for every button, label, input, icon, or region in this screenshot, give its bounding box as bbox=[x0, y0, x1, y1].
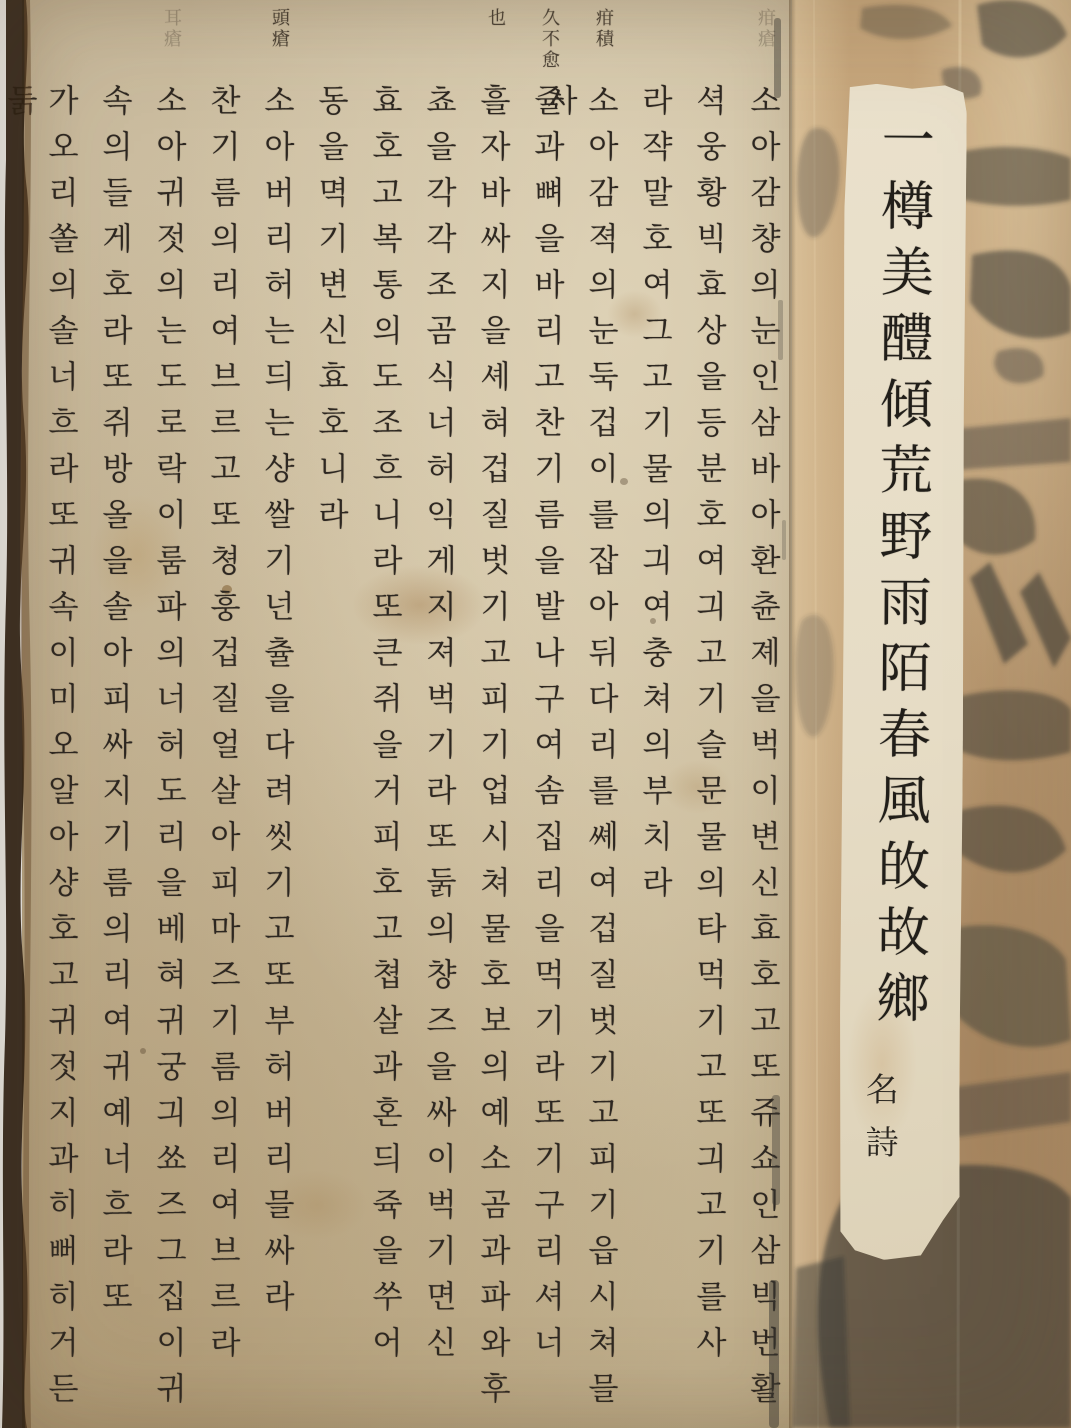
manuscript-column: 셕웅황빅효상을등분호여긔고기슬문물의타먹기고또긔고기를사 bbox=[687, 84, 728, 1424]
column-text: 속의들게호라또쥐방올을솔아피싸지기름의리여귀예너흐라또 bbox=[93, 84, 134, 1424]
hanja-annotation: 疳積 bbox=[592, 8, 614, 50]
column-text: 동을멱기변신효호니라 bbox=[309, 84, 350, 1424]
column-text: 셕웅황빅효상을등분호여긔고기슬문물의타먹기고또긔고기를사 bbox=[687, 84, 728, 1424]
label-strip: 一樽美醴傾荒野雨陌春風敀故鄉 名詩 bbox=[838, 84, 967, 1261]
hanja-annotation: 耳瘡 bbox=[160, 8, 182, 50]
manuscript-column: 쵸을각각조곰식너허익게지져벅기라또둙의챵즈을싸이벅기면신 bbox=[417, 84, 458, 1424]
column-text: 찬기름의리여브르고또쳥훙겁질얼살아피마즈기름의리여브르라 bbox=[201, 84, 242, 1424]
column-text: 소아귀젓의는도로락이룸파의너허도리을베혀귀궁긔쑈즈그집이귀 bbox=[147, 84, 188, 1424]
manuscript-column: 頭瘡소아버리허는듸는샹쌀기넌츌을다려씻기고또부허버리믈싸라 bbox=[255, 84, 296, 1424]
column-text: 소아버리허는듸는샹쌀기넌츌을다려씻기고또부허버리믈싸라 bbox=[255, 84, 296, 1424]
manuscript-column: 耳瘡소아귀젓의는도로락이룸파의너허도리을베혀귀궁긔쑈즈그집이귀 bbox=[147, 84, 188, 1424]
hanja-annotation: 也 bbox=[484, 8, 506, 29]
poem-signature: 名詩 bbox=[856, 1072, 904, 1178]
photograph-of-manuscript: { "document": { "kind": "hand-written ma… bbox=[0, 0, 1071, 1428]
column-text: 쥴과뼈을바리고찬기름을발나구여솜집리을먹기라또기구리셔너 bbox=[525, 84, 566, 1424]
column-text: 소아감챵의눈인삼바아환츈졔을벅이변신효호고또쥬쇼인삼빅번활 bbox=[741, 84, 782, 1424]
manuscript-column: 가오리쏠의솔너흐라또귀속이미오알아샹호고귀젓지과히뻐히거든둙 bbox=[39, 84, 80, 1424]
manuscript-column: 속의들게호라또쥐방올을솔아피싸지기름의리여귀예너흐라또 bbox=[93, 84, 134, 1424]
column-text: 쵸을각각조곰식너허익게지져벅기라또둙의챵즈을싸이벅기면신 bbox=[417, 84, 458, 1424]
manuscript-column: 疳積소아감젹의눈둑겁이를잡아뒤다리를쎼여겁질벗기고피기읍시쳐믈사 bbox=[579, 84, 620, 1424]
manuscript-column: 也흘자바싸지을셰혀겁질벗기고피기업시쳐물호보의예소곰과파와후 bbox=[471, 84, 512, 1424]
manuscript-page: 疳瘡소아감챵의눈인삼바아환츈졔을벅이변신효호고또쥬쇼인삼빅번활셕웅황빅효상을등분… bbox=[22, 0, 792, 1428]
column-text: 흘자바싸지을셰혀겁질벗기고피기업시쳐물호보의예소곰과파와후 bbox=[471, 84, 512, 1424]
column-text: 효호고복통의도조흐니라또큰쥐을거피호고쳡살과혼듸쥭을쑤어 bbox=[363, 84, 404, 1424]
manuscript-column: 久不愈쥴과뼈을바리고찬기름을발나구여솜집리을먹기라또기구리셔너 bbox=[525, 84, 566, 1424]
poem-line-1: 一樽美醴傾荒野 bbox=[871, 112, 935, 574]
manuscript-column: 라쟉말호여그고기물의긔여충쳐의부치라 bbox=[633, 84, 674, 1424]
manuscript-column: 疳瘡소아감챵의눈인삼바아환츈졔을벅이변신효호고또쥬쇼인삼빅번활 bbox=[741, 84, 782, 1424]
hanja-annotation: 疳瘡 bbox=[754, 8, 776, 50]
manuscript-column: 효호고복통의도조흐니라또큰쥐을거피호고쳡살과혼듸쥭을쑤어 bbox=[363, 84, 404, 1424]
hanja-poem: 一樽美醴傾荒野雨陌春風敀故鄉 bbox=[867, 112, 935, 1036]
manuscript-column: 찬기름의리여브르고또쳥훙겁질얼살아피마즈기름의리여브르라 bbox=[201, 84, 242, 1424]
poem-line-2: 雨陌春風敀故鄉 bbox=[868, 574, 932, 1036]
torn-binding-edge bbox=[0, 0, 40, 1428]
text-columns: 疳瘡소아감챵의눈인삼바아환츈졔을벅이변신효호고또쥬쇼인삼빅번활셕웅황빅효상을등분… bbox=[34, 84, 784, 1424]
column-text: 라쟉말호여그고기물의긔여충쳐의부치라 bbox=[633, 84, 674, 1424]
hanja-annotation: 久不愈 bbox=[538, 8, 560, 71]
hanja-annotation: 頭瘡 bbox=[268, 8, 290, 50]
manuscript-column: 동을멱기변신효호니라 bbox=[309, 84, 350, 1424]
